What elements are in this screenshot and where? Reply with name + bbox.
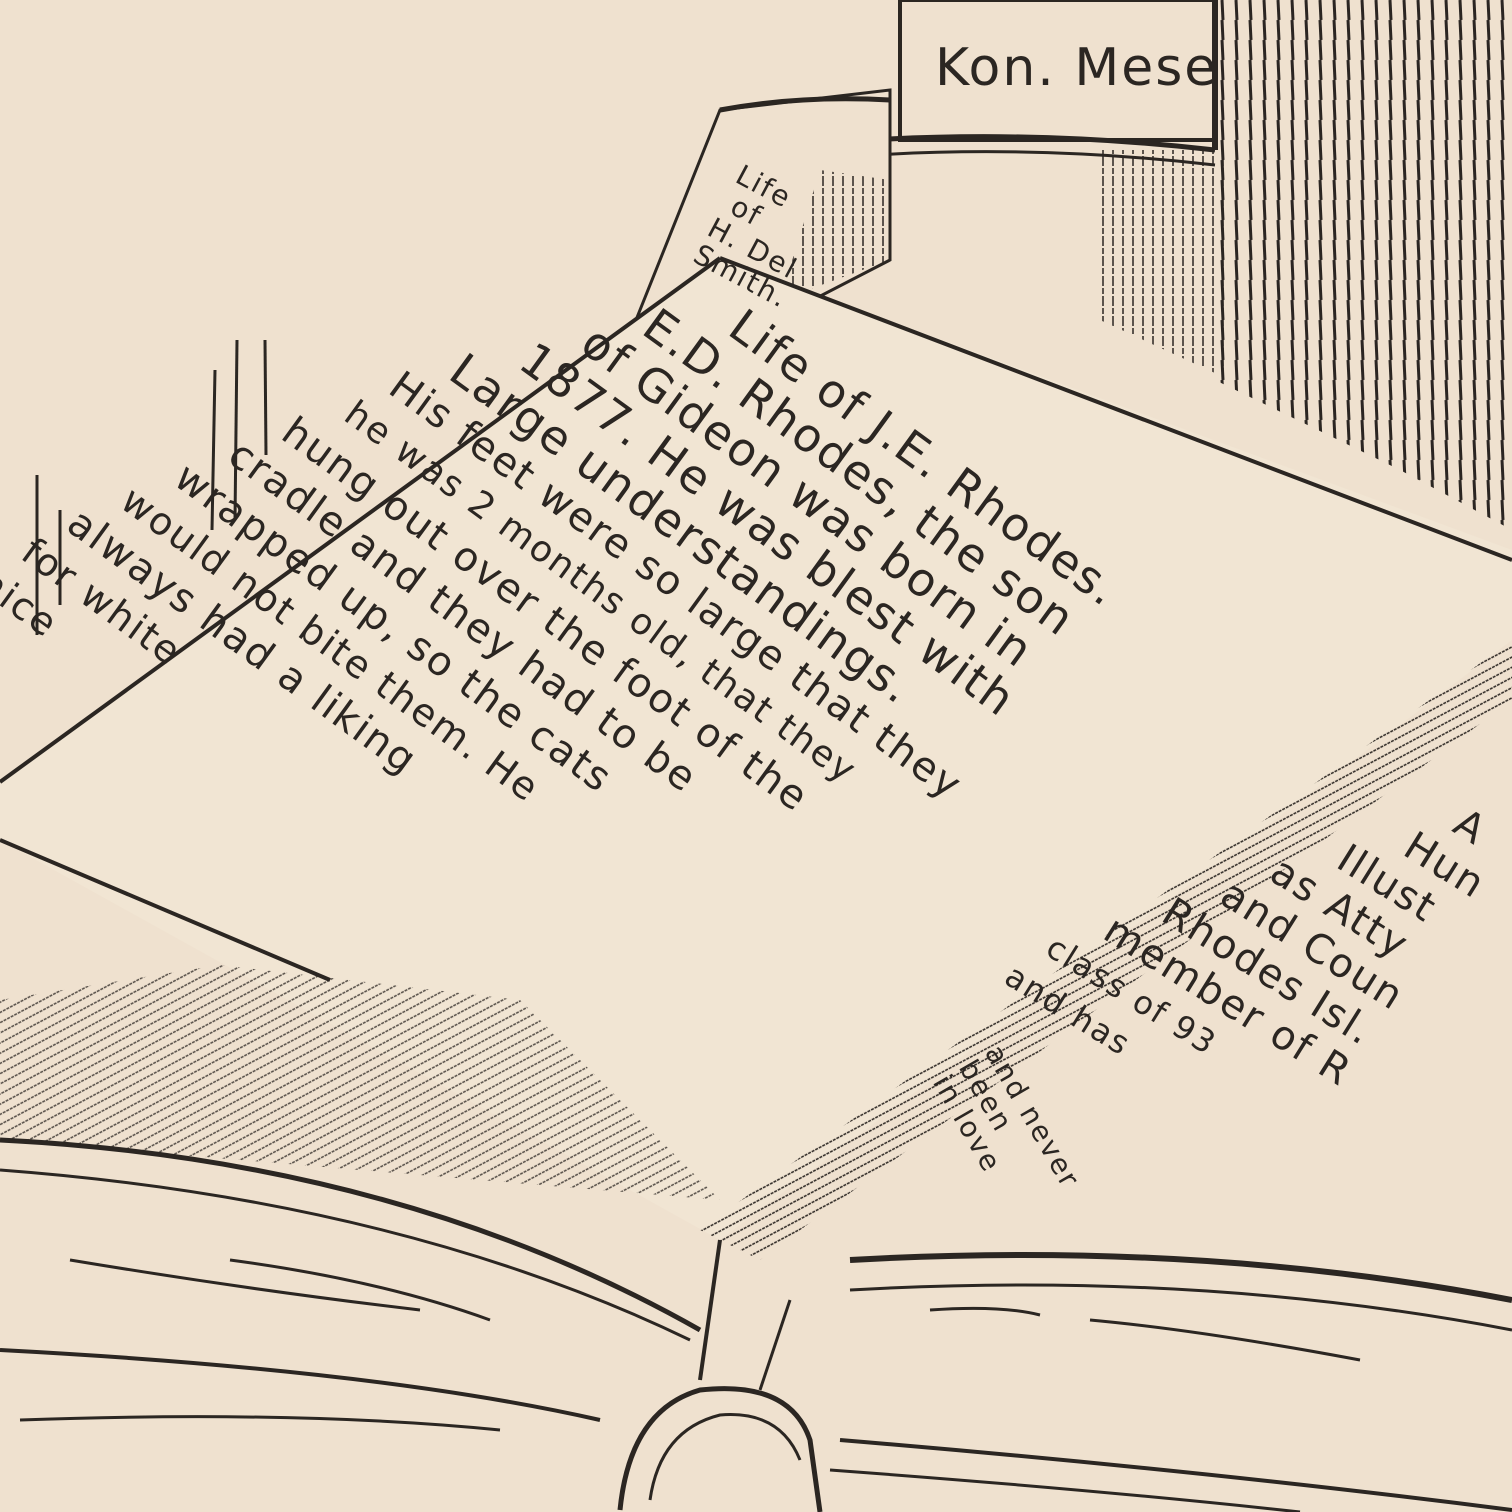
illustration-scene: Kon. Mese Life of H. Del Smith. Life of … [0,0,1512,1512]
back-book-spine-label: Kon. Mese [935,42,1218,94]
